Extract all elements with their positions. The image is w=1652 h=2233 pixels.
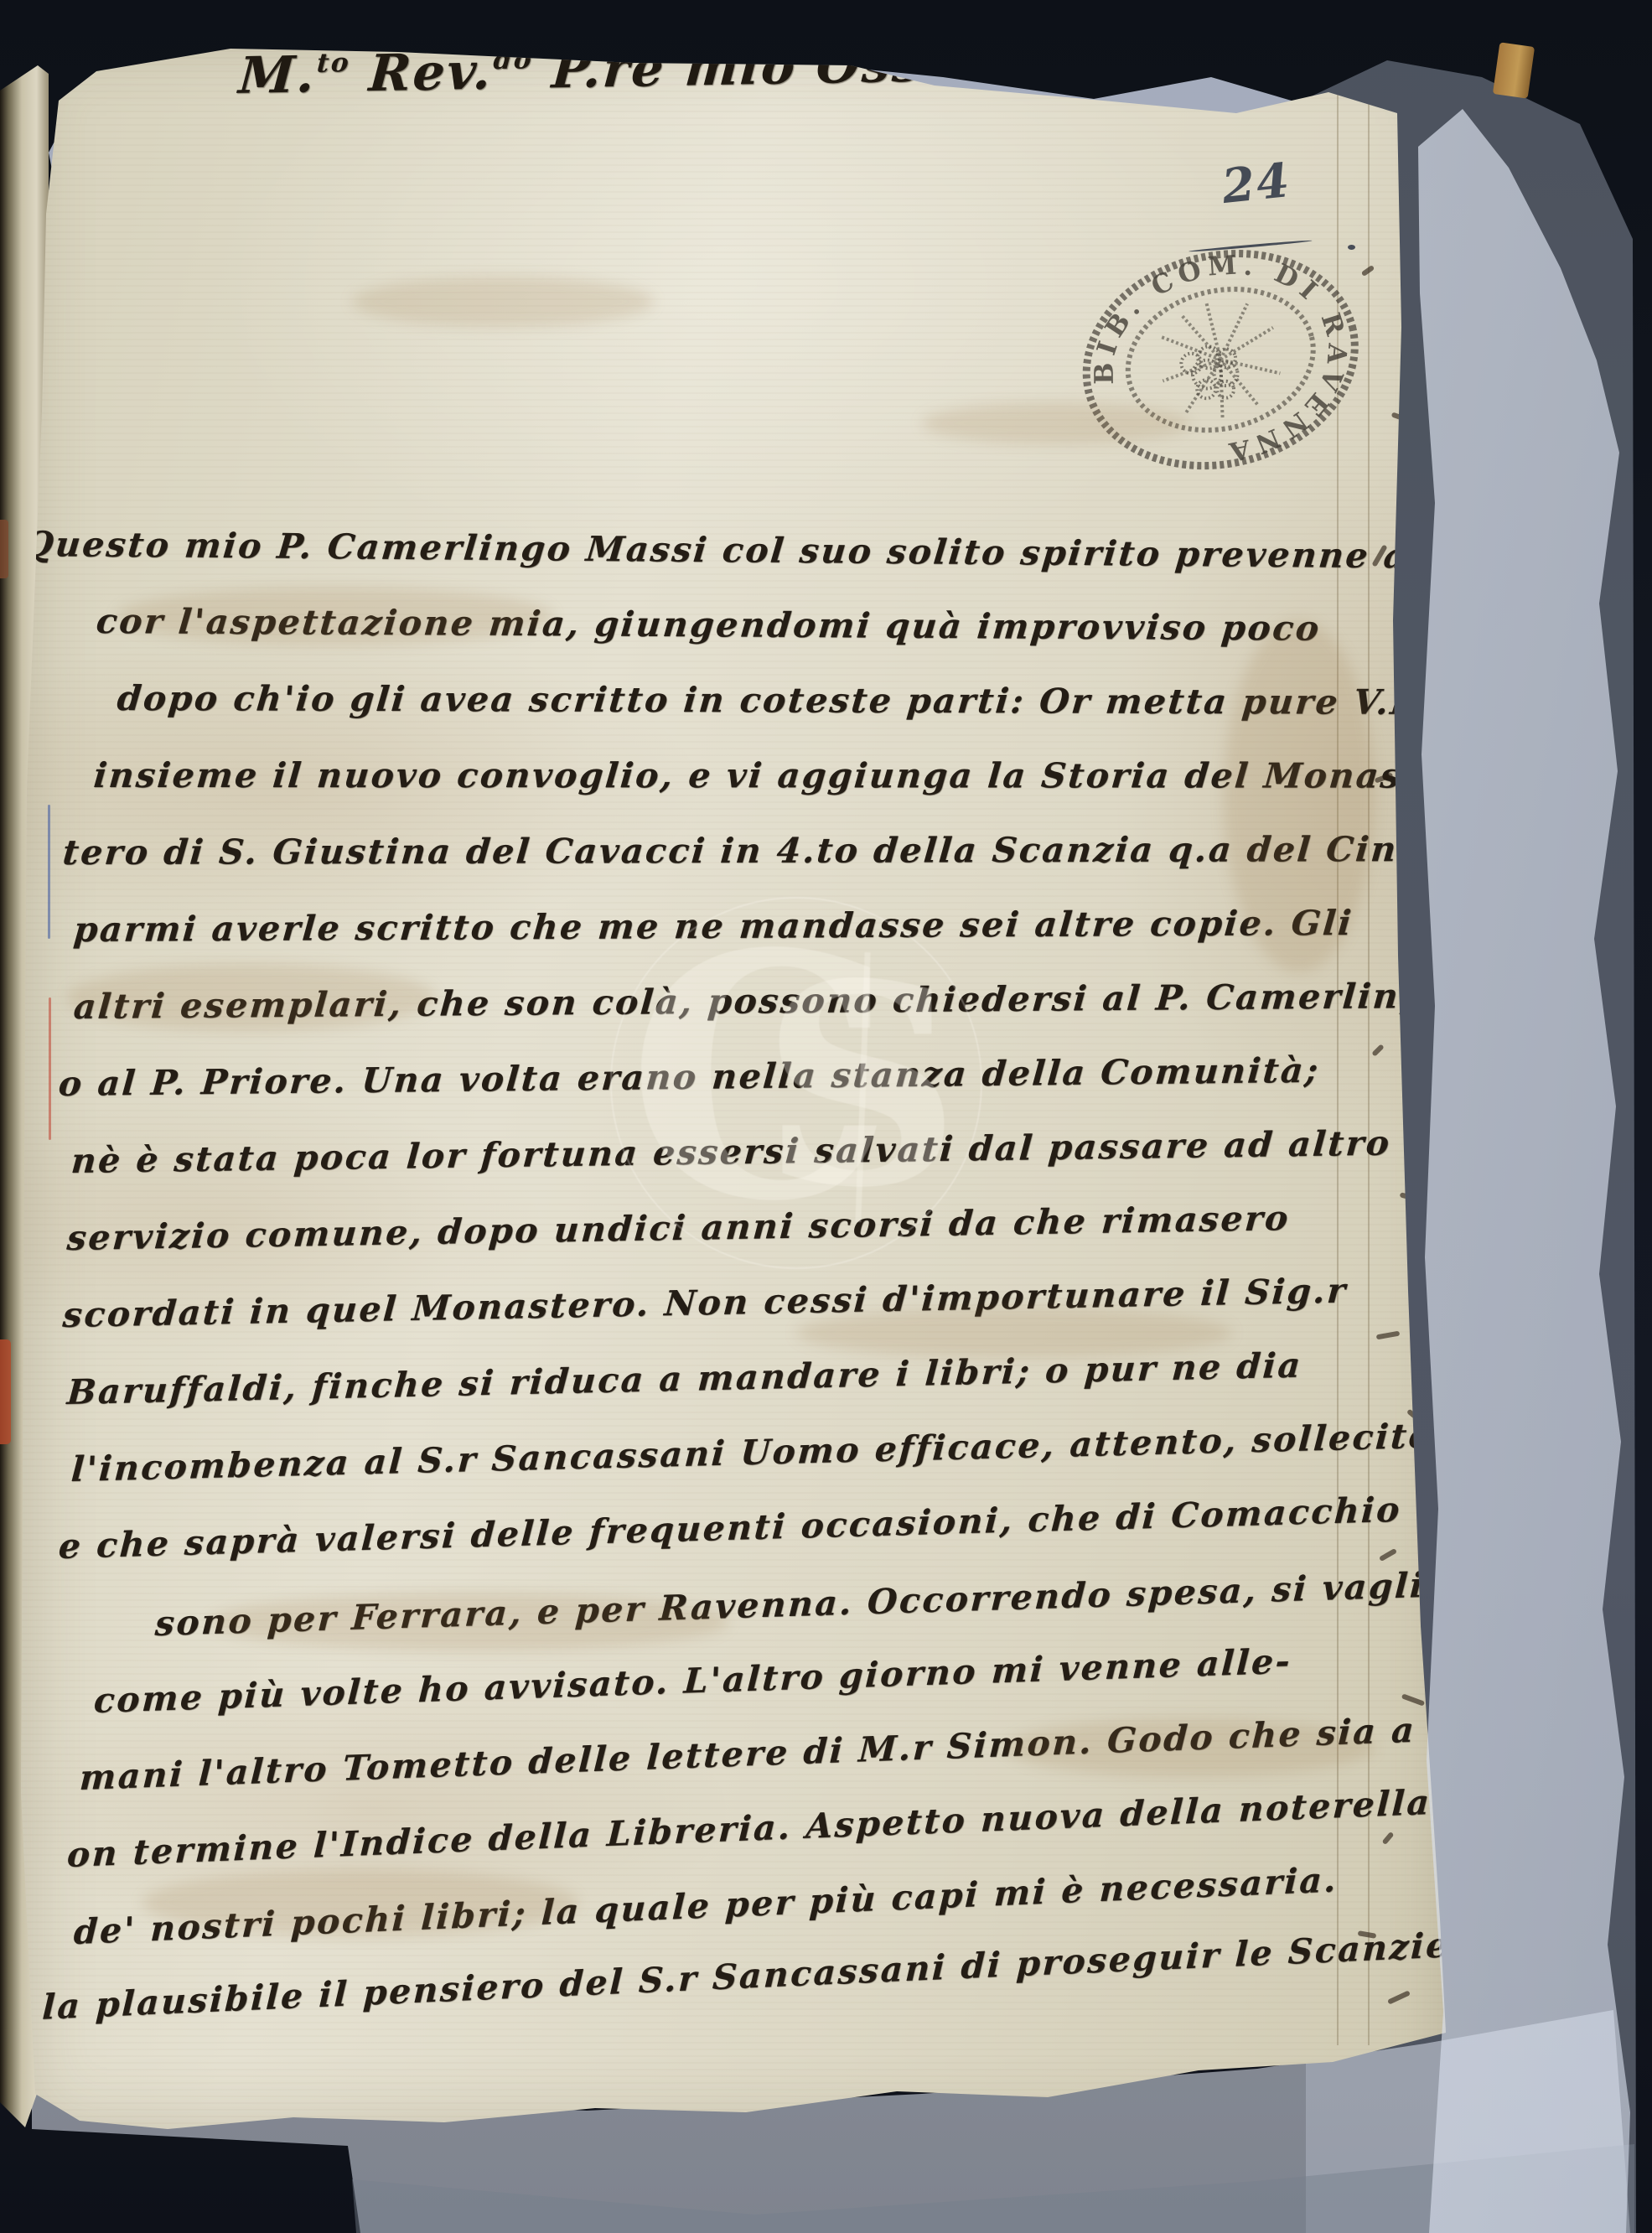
salutation-segment: Rev. [348, 43, 495, 104]
manuscript-line: l'incombenza al S.r Sancassani Uomo effi… [70, 1415, 1447, 1490]
ink-bleed-mark [1401, 1693, 1425, 1706]
ink-bleed-mark [1376, 1331, 1401, 1340]
manuscript-line: insieme il nuovo convoglio, e vi aggiung… [94, 755, 1418, 796]
manuscript-line: cor l'aspettazione mia, giungendomi quà … [96, 601, 1321, 649]
manuscript-line: e che saprà valersi delle frequenti occa… [58, 1490, 1401, 1567]
letter-salutation: M.to Rev.do P.re mio Oss.mo [237, 34, 994, 106]
manuscript-line: o al P. Priore. Una volta erano nella st… [59, 1050, 1320, 1104]
manuscript-line: Questo mio P. Camerlingo Massi col suo s… [23, 524, 1452, 577]
manuscript-line: dopo ch'io gli avea scritto in coteste p… [117, 678, 1427, 723]
binding-thread-red [49, 997, 51, 1140]
manuscript-line: mani l'altro Tometto delle lettere di M.… [79, 1707, 1499, 1798]
red-document-edge [0, 1339, 11, 1444]
manuscript-line: tero di S. Giustina del Cavacci in 4.to … [63, 829, 1468, 873]
manuscript-line: Baruffaldi, finche si riduca a mandare i… [66, 1345, 1302, 1412]
salutation-segment: do [492, 44, 534, 75]
manuscript-line: servizio comune, dopo undici anni scorsi… [67, 1198, 1291, 1258]
manuscript-line: on termine l'Indice della Libreria. Aspe… [66, 1782, 1432, 1875]
manuscript-line: altri esemplari, che son colà, possono c… [74, 976, 1465, 1027]
stamp-graphic: BIB. COM. DI RAVENNA [1039, 199, 1403, 526]
manuscript-line: scordati in quel Monastero. Non cessi d'… [63, 1271, 1348, 1335]
salutation-segment: mo [942, 37, 993, 68]
salutation-segment: M. [237, 45, 318, 106]
salutation-segment: P.re mio Oss. [531, 34, 945, 101]
ink-bleed-mark [1382, 1831, 1395, 1845]
manuscript-line: nè è stata poca lor fortuna essersi salv… [71, 1123, 1391, 1181]
manuscript-line: sono per Ferrara, e per Ravenna. Occorre… [154, 1564, 1463, 1644]
paper-stain [352, 277, 654, 327]
manuscript-line: come più volte ho avvisato. L'altro gior… [93, 1641, 1292, 1721]
library-ink-stamp: BIB. COM. DI RAVENNA [1039, 199, 1403, 526]
manuscript-page: M.to Rev.do P.re mio Oss.mo 24 BIB. COM.… [17, 34, 1458, 2137]
ink-bleed-mark [1371, 1044, 1385, 1057]
photograph-of-manuscript: { "document": { "salutation": { "full": … [0, 0, 1652, 2233]
salutation-segment: to [316, 48, 352, 79]
book-board-sliver [1493, 42, 1535, 98]
manuscript-line: parmi averle scritto che me ne mandasse … [74, 903, 1354, 950]
ink-bleed-mark [1379, 1548, 1397, 1562]
folio-number: 24 [1220, 153, 1293, 215]
binding-thread-blue [48, 805, 50, 939]
brown-document-edge [0, 520, 8, 578]
ink-bleed-mark [1387, 1990, 1411, 2004]
